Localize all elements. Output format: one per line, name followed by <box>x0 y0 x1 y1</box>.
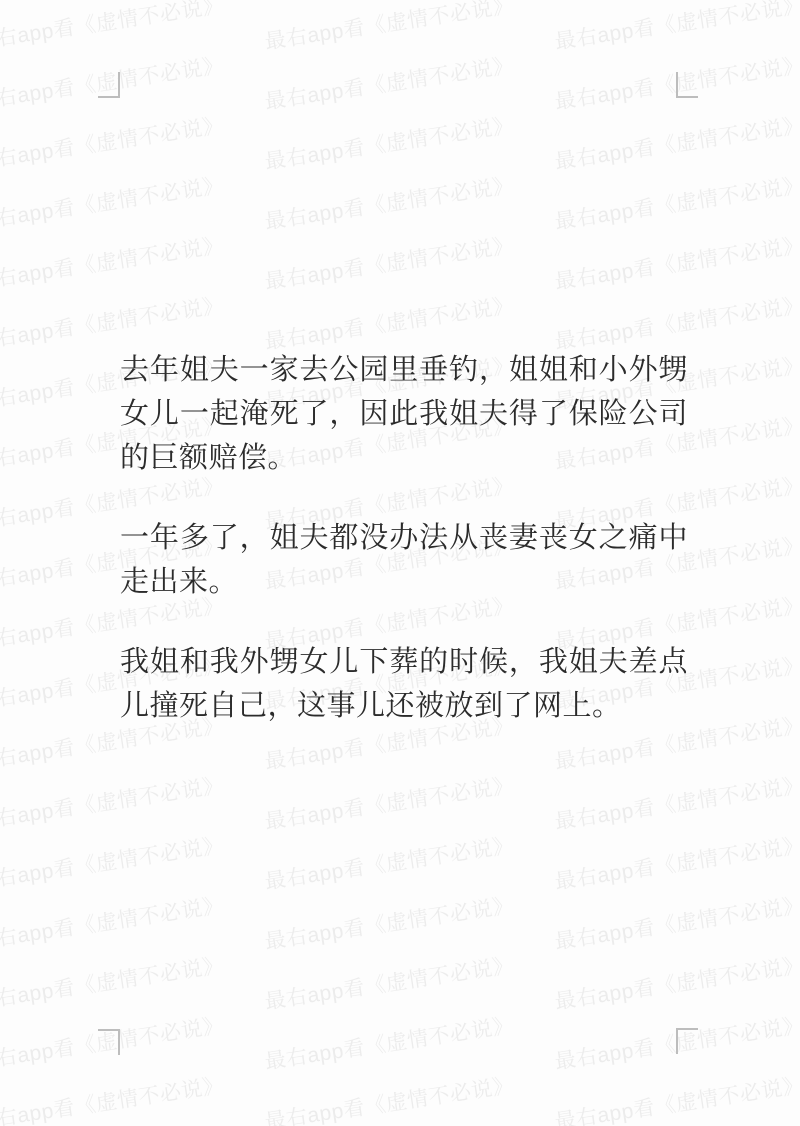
watermark-text: 最右app看《虚情不必说》 <box>0 835 225 893</box>
watermark-text: 最右app看《虚情不必说》 <box>263 115 515 173</box>
watermark-text: 最右app看《虚情不必说》 <box>0 115 225 173</box>
watermark-text: 最右app看《虚情不必说》 <box>553 175 800 233</box>
watermark-text: 最右app看《虚情不必说》 <box>553 895 800 953</box>
watermark-text: 最右app看《虚情不必说》 <box>263 235 515 293</box>
watermark-text: 最右app看《虚情不必说》 <box>553 1075 800 1126</box>
watermark-text: 最右app看《虚情不必说》 <box>263 895 515 953</box>
watermark-text: 最右app看《虚情不必说》 <box>263 955 515 1013</box>
watermark-text: 最右app看《虚情不必说》 <box>553 235 800 293</box>
watermark-text: 最右app看《虚情不必说》 <box>0 895 225 953</box>
watermark-text: 最右app看《虚情不必说》 <box>263 0 515 53</box>
watermark-text: 最右app看《虚情不必说》 <box>553 775 800 833</box>
watermark-text: 最右app看《虚情不必说》 <box>263 835 515 893</box>
story-paragraph-1: 去年姐夫一家去公园里垂钓，姐姐和小外甥女儿一起淹死了，因此我姐夫得了保险公司的巨… <box>120 348 688 480</box>
watermark-text: 最右app看《虚情不必说》 <box>0 0 225 53</box>
story-paragraph-3: 我姐和我外甥女儿下葬的时候，我姐夫差点儿撞死自己，这事儿还被放到了网上。 <box>120 640 688 728</box>
watermark-text: 最右app看《虚情不必说》 <box>0 175 225 233</box>
frame-corner-bottom-right-icon <box>676 1028 698 1054</box>
watermark-text: 最右app看《虚情不必说》 <box>553 955 800 1013</box>
watermark-text: 最右app看《虚情不必说》 <box>263 1075 515 1126</box>
watermark-text: 最右app看《虚情不必说》 <box>553 0 800 53</box>
watermark-text: 最右app看《虚情不必说》 <box>0 1075 225 1126</box>
watermark-text: 最右app看《虚情不必说》 <box>0 775 225 833</box>
story-page: 最右app看《虚情不必说》最右app看《虚情不必说》最右app看《虚情不必说》最… <box>0 0 800 1126</box>
watermark-text: 最右app看《虚情不必说》 <box>263 295 515 353</box>
watermark-text: 最右app看《虚情不必说》 <box>553 295 800 353</box>
watermark-text: 最右app看《虚情不必说》 <box>0 955 225 1013</box>
frame-corner-top-left-icon <box>98 72 120 98</box>
story-paragraph-2: 一年多了，姐夫都没办法从丧妻丧女之痛中走出来。 <box>120 516 688 604</box>
frame-corner-top-right-icon <box>676 72 698 98</box>
watermark-text: 最右app看《虚情不必说》 <box>553 115 800 173</box>
watermark-text: 最右app看《虚情不必说》 <box>263 55 515 113</box>
watermark-text: 最右app看《虚情不必说》 <box>553 835 800 893</box>
watermark-text: 最右app看《虚情不必说》 <box>0 295 225 353</box>
story-text: 去年姐夫一家去公园里垂钓，姐姐和小外甥女儿一起淹死了，因此我姐夫得了保险公司的巨… <box>120 348 688 728</box>
frame-corner-bottom-left-icon <box>98 1029 120 1055</box>
watermark-text: 最右app看《虚情不必说》 <box>263 1015 515 1073</box>
watermark-text: 最右app看《虚情不必说》 <box>263 775 515 833</box>
watermark-text: 最右app看《虚情不必说》 <box>263 175 515 233</box>
watermark-text: 最右app看《虚情不必说》 <box>0 235 225 293</box>
